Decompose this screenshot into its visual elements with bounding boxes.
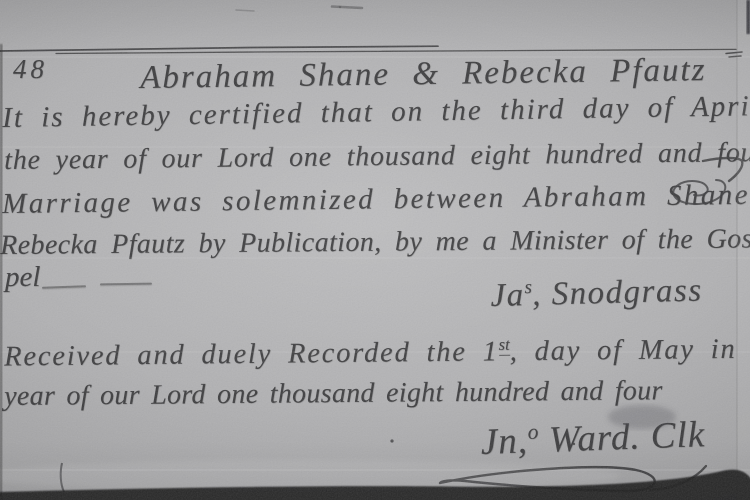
signature-superscript: o xyxy=(527,420,539,444)
bottom-highlight xyxy=(0,460,620,492)
signature-text: Ward. Clk xyxy=(538,414,706,461)
scanned-marriage-record-page: 48 Abraham Shane & Rebecka Pfautz It is … xyxy=(0,0,750,500)
certificate-line-2: the year of our Lord one thousand eight … xyxy=(4,137,750,177)
signature-text: , Snodgrass xyxy=(532,272,703,312)
bottom-shadow xyxy=(0,470,750,500)
clerk-signature: Jn,o Ward. Clk xyxy=(480,413,706,464)
ordinal-superscript: st xyxy=(499,335,510,356)
recorded-text: , day of May in the xyxy=(510,333,750,367)
recorded-line-1: Received and duely Recorded the 1st, day… xyxy=(4,332,750,374)
minister-signature: Jas, Snodgrass xyxy=(490,272,703,315)
recorded-text: Received and duely Recorded the 1 xyxy=(4,336,499,372)
recorded-line-2: year of our Lord one thousand eight hund… xyxy=(4,375,663,413)
certificate-line-5: pel xyxy=(5,261,40,294)
signature-flourish xyxy=(440,466,706,491)
stray-pen-mark xyxy=(61,463,64,492)
pen-dash xyxy=(100,283,152,286)
top-edge-marks xyxy=(236,7,362,12)
record-title: Abraham Shane & Rebecka Pfautz xyxy=(140,52,707,97)
pen-dash xyxy=(42,285,86,289)
signature-text: Ja xyxy=(490,277,525,314)
certificate-line-1: It is hereby certified that on the third… xyxy=(2,89,750,135)
certificate-line-3: Marriage was solemnized between Abraham … xyxy=(2,178,750,221)
signature-text: Jn, xyxy=(480,420,529,463)
record-number: 48 xyxy=(13,54,48,85)
certificate-line-4: Rebecka Pfautz by Publication, by me a M… xyxy=(0,223,750,262)
